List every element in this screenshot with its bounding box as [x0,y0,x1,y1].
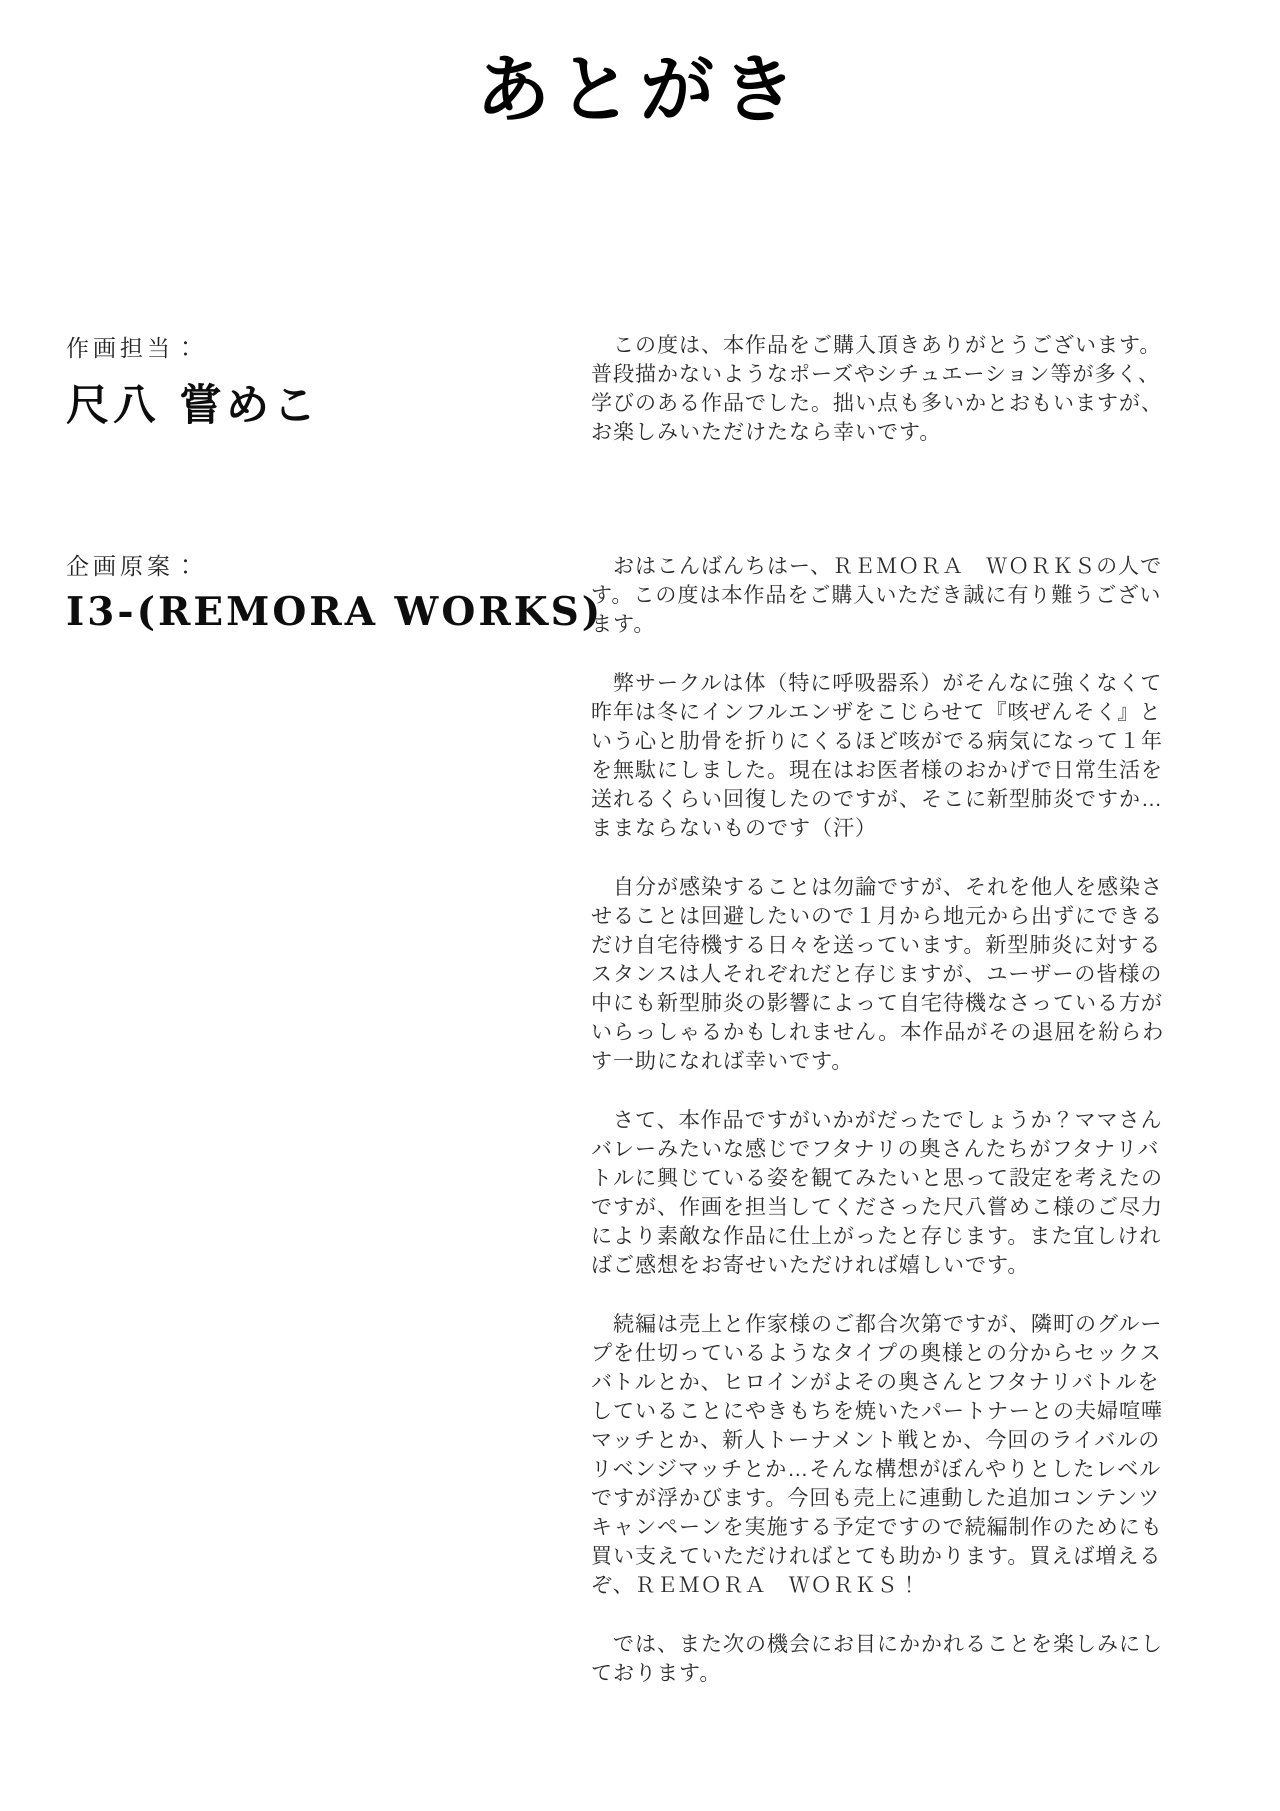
credit-plan-block: 企画原案： I3-(REMORA WORKS) [66,552,603,635]
afterword-page: あとがき 作画担当： 尺八 嘗めこ 企画原案： I3-(REMORA WORKS… [0,0,1280,1811]
afterword-paragraph-concept: さて、本作品ですがいかがだったでしょうか？ママさん バレーみたいな感じでフタナリ… [591,1106,1191,1280]
credit-plan-label: 企画原案： [66,552,603,582]
afterword-paragraph-sequel: 続編は売上と作家様のご都合次第ですが、隣町のグルー プを仕切っているようなタイプ… [591,1310,1191,1600]
afterword-paragraph-health: 弊サークルは体（特に呼吸器系）がそんなに強くなくて 昨年は冬にインフルエンザをこ… [591,669,1191,843]
credit-art-block: 作画担当： 尺八 嘗めこ [66,334,320,433]
credit-art-name: 尺八 嘗めこ [66,372,320,433]
afterword-paragraph-greeting: おはこんばんちはー、ＲＥＭＯＲＡ ＷＯＲＫＳの人で す。この度は本作品をご購入い… [591,552,1191,639]
afterword-paragraph-stayhome: 自分が感染することは勿論ですが、それを他人を感染さ せることは回避したいので１月… [591,873,1191,1076]
credit-plan-name: I3-(REMORA WORKS) [66,589,603,635]
page-title: あとがき [0,44,1280,137]
afterword-paragraph-thanks: この度は、本作品をご購入頂きありがとうございます。 普段描かないようなポーズやシ… [591,331,1191,447]
afterword-text-column: この度は、本作品をご購入頂きありがとうございます。 普段描かないようなポーズやシ… [591,331,1191,1688]
credit-art-label: 作画担当： [66,334,320,364]
afterword-paragraph-closing: では、また次の機会にお目にかかれることを楽しみにし ております。 [591,1630,1191,1688]
